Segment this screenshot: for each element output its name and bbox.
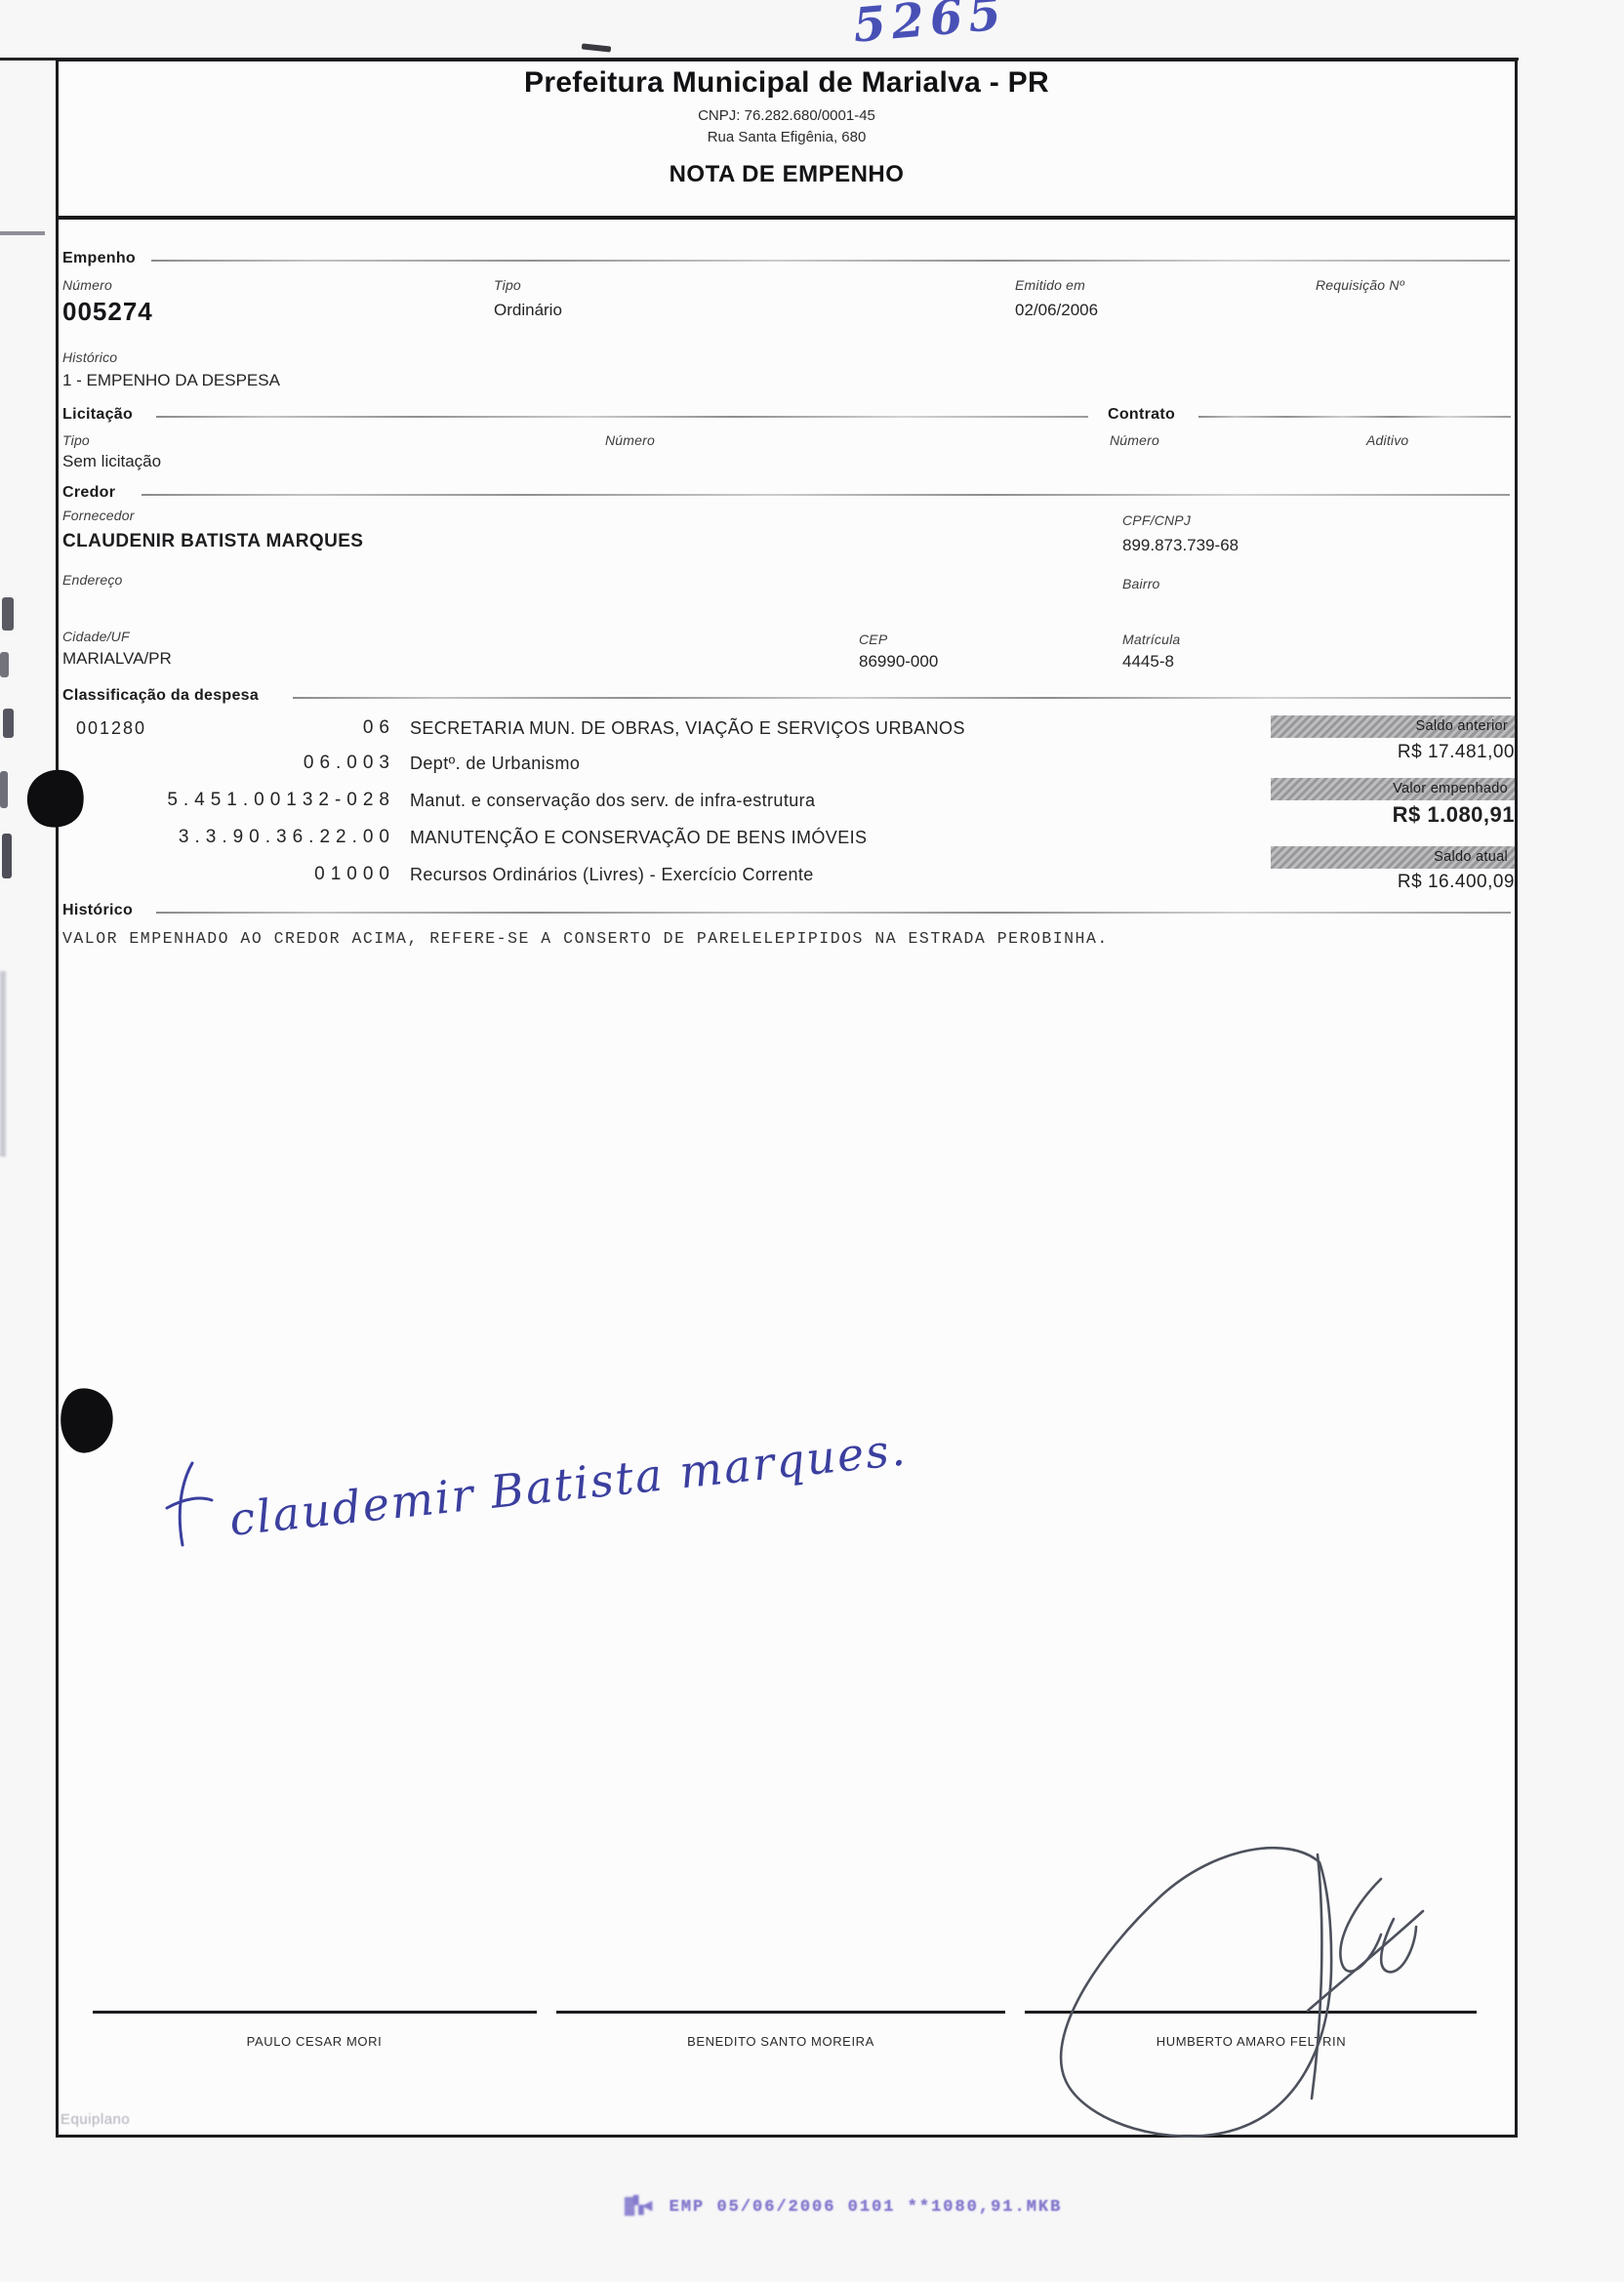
credor-endereco-label: Endereço: [62, 572, 123, 588]
empenho-historico-label: Histórico: [62, 349, 117, 365]
saldo-anterior-bar: Saldo anterior: [1271, 715, 1515, 738]
signature-feltrin: [1005, 1825, 1435, 2186]
scan-artifact: [0, 231, 45, 235]
licitacao-numero-label: Número: [605, 432, 655, 448]
empenho-section-line: [151, 260, 1510, 262]
contrato-section-label: Contrato: [1108, 406, 1175, 424]
classificacao-row-desc: Deptº. de Urbanismo: [410, 754, 580, 774]
credor-section-label: Credor: [62, 484, 115, 502]
classificacao-row-desc: Manut. e conservação dos serv. de infra-…: [410, 791, 815, 811]
historico-section-label: Histórico: [62, 902, 133, 919]
header-address: Rua Santa Efigênia, 680: [56, 129, 1518, 145]
valor-empenhado-bar: Valor empenhado: [1271, 778, 1515, 800]
handwritten-number: 5265: [851, 0, 1009, 54]
empenho-emitido-label: Emitido em: [1015, 277, 1085, 293]
credor-fornecedor-label: Fornecedor: [62, 508, 135, 523]
header-rule: [56, 216, 1518, 220]
credor-section-line: [142, 494, 1510, 496]
classificacao-row-desc: SECRETARIA MUN. DE OBRAS, VIAÇÃO E SERVI…: [410, 718, 965, 739]
classificacao-row-code: 3.3.90.36.22.00: [102, 827, 395, 848]
licitacao-tipo-label: Tipo: [62, 432, 90, 448]
scan-artifact: [0, 971, 6, 1157]
credor-matricula-value: 4445-8: [1122, 652, 1174, 672]
stamp-garbled: ▓▚◄: [625, 2198, 652, 2217]
empenho-historico-value: 1 - EMPENHO DA DESPESA: [62, 371, 280, 390]
scan-artifact: [2, 597, 14, 631]
empenho-requisicao-label: Requisição Nº: [1316, 277, 1404, 293]
scan-artifact: [0, 771, 8, 808]
credor-cpf-label: CPF/CNPJ: [1122, 512, 1191, 528]
empenho-tipo-value: Ordinário: [494, 301, 562, 320]
classificacao-row-desc: MANUTENÇÃO E CONSERVAÇÃO DE BENS IMÓVEIS: [410, 828, 867, 848]
classificacao-section-line: [293, 697, 1511, 699]
empenho-section-label: Empenho: [62, 250, 136, 267]
scan-artifact: [582, 43, 611, 52]
signatory-name: PAULO CESAR MORI: [85, 2034, 544, 2049]
credor-bairro-label: Bairro: [1122, 576, 1160, 591]
saldo-anterior-value: R$ 17.481,00: [1271, 742, 1515, 763]
saldo-atual-bar: Saldo atual: [1271, 846, 1515, 869]
empenho-emitido-value: 02/06/2006: [1015, 301, 1098, 320]
signatory-name: BENEDITO SANTO MOREIRA: [551, 2034, 1010, 2049]
scan-artifact: [3, 709, 14, 738]
credor-cep-label: CEP: [859, 632, 887, 647]
classificacao-section-label: Classificação da despesa: [62, 687, 259, 705]
historico-text: VALOR EMPENHADO AO CREDOR ACIMA, REFERE-…: [62, 929, 1109, 948]
classificacao-row-code: 5.451.00132-028: [102, 790, 395, 811]
contrato-section-line: [1198, 416, 1511, 418]
header-cnpj: CNPJ: 76.282.680/0001-45: [56, 107, 1518, 124]
scanned-document: { "scan": { "handwritten_number": "5265"…: [0, 0, 1624, 2282]
credor-cpf-value: 899.873.739-68: [1122, 536, 1238, 555]
stamp-text: EMP 05/06/2006 0101 **1080,91.MKB: [670, 2198, 1063, 2217]
saldo-atual-value: R$ 16.400,09: [1271, 872, 1515, 893]
credor-fornecedor-value: CLAUDENIR BATISTA MARQUES: [62, 531, 363, 552]
classificacao-row-code: 01000: [102, 864, 395, 885]
empenho-tipo-label: Tipo: [494, 277, 521, 293]
scan-artifact: [0, 652, 9, 677]
licitacao-section-label: Licitação: [62, 406, 133, 424]
signature-flourish: [167, 1463, 212, 1545]
doc-type-title: NOTA DE EMPENHO: [56, 161, 1518, 188]
classificacao-row-code: 06: [102, 717, 395, 739]
licitacao-section-line: [156, 416, 1088, 418]
signature-line: [93, 2011, 537, 2014]
credor-cidade-label: Cidade/UF: [62, 629, 130, 644]
valor-empenhado-value: R$ 1.080,91: [1271, 802, 1515, 828]
licitacao-tipo-value: Sem licitação: [62, 452, 161, 471]
historico-section-line: [156, 912, 1511, 914]
equiplano-watermark: Equiplano: [61, 2111, 130, 2128]
machine-stamp: ▓▚◄EMP 05/06/2006 0101 **1080,91.MKB: [625, 2196, 1062, 2217]
credor-matricula-label: Matrícula: [1122, 632, 1180, 647]
classificacao-row-code: 06.003: [102, 753, 395, 774]
credor-cep-value: 86990-000: [859, 652, 938, 672]
signature-line: [556, 2011, 1005, 2014]
empenho-numero-value: 005274: [62, 297, 153, 327]
signature-claudemir-text: claudemir Batista marques.: [227, 1422, 910, 1546]
empenho-numero-label: Número: [62, 277, 112, 293]
contrato-numero-label: Número: [1110, 432, 1159, 448]
scan-artifact: [2, 834, 12, 878]
signature-claudemir: claudemir Batista marques.: [142, 1381, 1020, 1596]
contrato-aditivo-label: Aditivo: [1366, 432, 1408, 448]
classificacao-row-desc: Recursos Ordinários (Livres) - Exercício…: [410, 865, 814, 885]
credor-cidade-value: MARIALVA/PR: [62, 649, 172, 669]
page-title: Prefeitura Municipal de Marialva - PR: [56, 66, 1518, 100]
